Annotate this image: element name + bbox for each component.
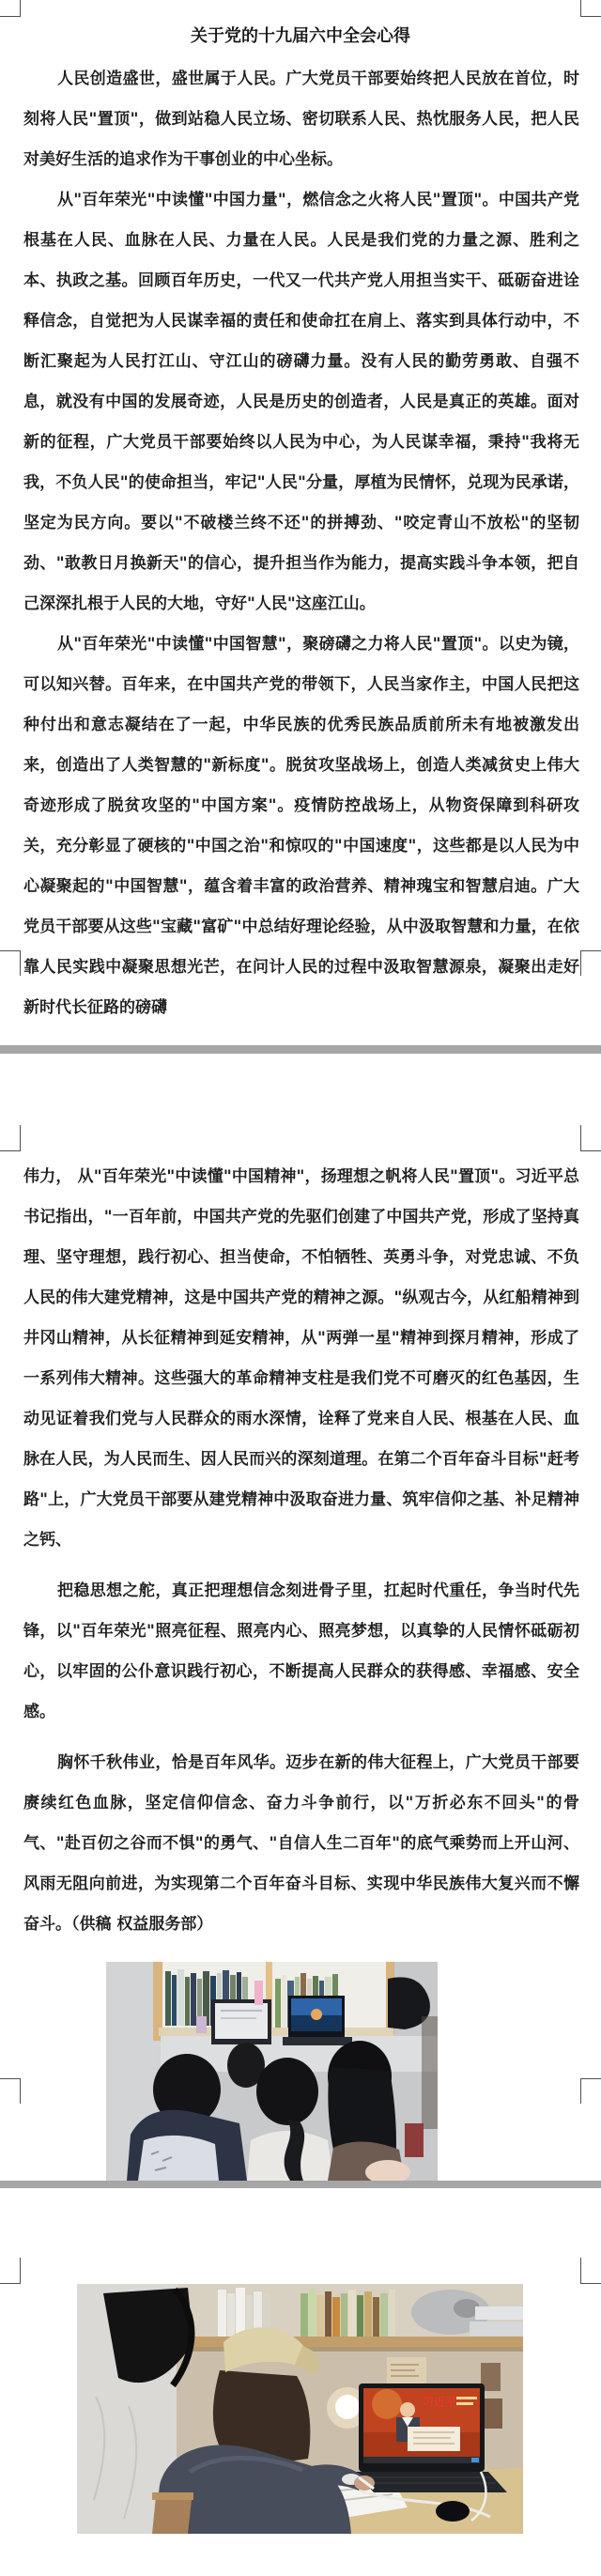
margin-mark [580,950,601,976]
margin-mark [580,2078,601,2104]
page-3: 习近平 [0,2188,601,2576]
page-1: 关于党的十九届六中全会心得 人民创造盛世，盛世属于人民。广大党员干部要始终把人民… [0,0,601,1045]
margin-mark [0,0,21,17]
cup [196,2016,207,2033]
page-divider [0,1045,601,1054]
document-title: 关于党的十九届六中全会心得 [0,24,601,49]
margin-mark [580,1125,601,1151]
mouse [436,2501,470,2522]
document-viewer: 关于党的十九届六中全会心得 人民创造盛世，盛世属于人民。广大党员干部要始终把人民… [0,0,601,2576]
stool [152,2492,193,2534]
binder [470,2321,523,2337]
margin-mark [0,950,21,976]
slide-title-text: 习近平 [423,2395,456,2409]
laptop-right [283,1996,352,2045]
shadow [422,2016,438,2129]
phone-holder [254,1981,263,2005]
binder [475,2306,523,2320]
paragraph: 伟力， 从"百年荣光"中读懂"中国精神"，扬理想之帆将人民"置顶"。习近平总书记… [23,1157,579,1561]
page-2: 伟力， 从"百年荣光"中读懂"中国精神"，扬理想之帆将人民"置顶"。习近平总书记… [0,1054,601,2181]
margin-mark [0,2078,21,2104]
page-2-body: 伟力， 从"百年荣光"中读懂"中国精神"，扬理想之帆将人民"置顶"。习近平总书记… [23,1157,579,2181]
margin-mark [580,2258,601,2284]
laptop: 习近平 [355,2383,507,2492]
photo-group-study-illustration [106,1962,438,2181]
photo-online-learning: 习近平 [77,2284,523,2534]
bookshelf [153,1962,394,2041]
monitor-left [211,1999,271,2044]
lamp [335,2395,360,2419]
photo-online-learning-illustration: 习近平 [77,2284,523,2534]
paragraph: 从"百年荣光"中读懂"中国智慧"，聚磅礴之力将人民"置顶"。以史为镜，可以知兴替… [23,625,579,1028]
paragraph: 从"百年荣光"中读懂"中国力量"，燃信念之火将人民"置顶"。中国共产党根基在人民… [23,180,579,625]
page-1-body: 人民创造盛世，盛世属于人民。广大党员干部要始终把人民放在首位，时刻将人民"置顶"… [23,59,579,1028]
margin-mark [0,1125,21,1151]
photo-group-study [106,1962,438,2181]
margin-mark [580,0,601,17]
paragraph: 人民创造盛世，盛世属于人民。广大党员干部要始终把人民放在首位，时刻将人民"置顶"… [23,59,579,180]
taskbar [363,2457,480,2463]
paragraph: 胸怀千秋伟业，恰是百年风华。迈步在新的伟大征程上，广大党员干部要赓续红色血脉，坚… [23,1743,579,1945]
paragraph: 把稳思想之舵，真正把理想信念刻进骨子里，扛起时代重任，争当时代先锋，以"百年荣光… [23,1571,579,1733]
margin-mark [0,2258,21,2284]
slide-document [408,2427,460,2451]
page-divider [0,2181,601,2188]
books [218,2288,395,2337]
